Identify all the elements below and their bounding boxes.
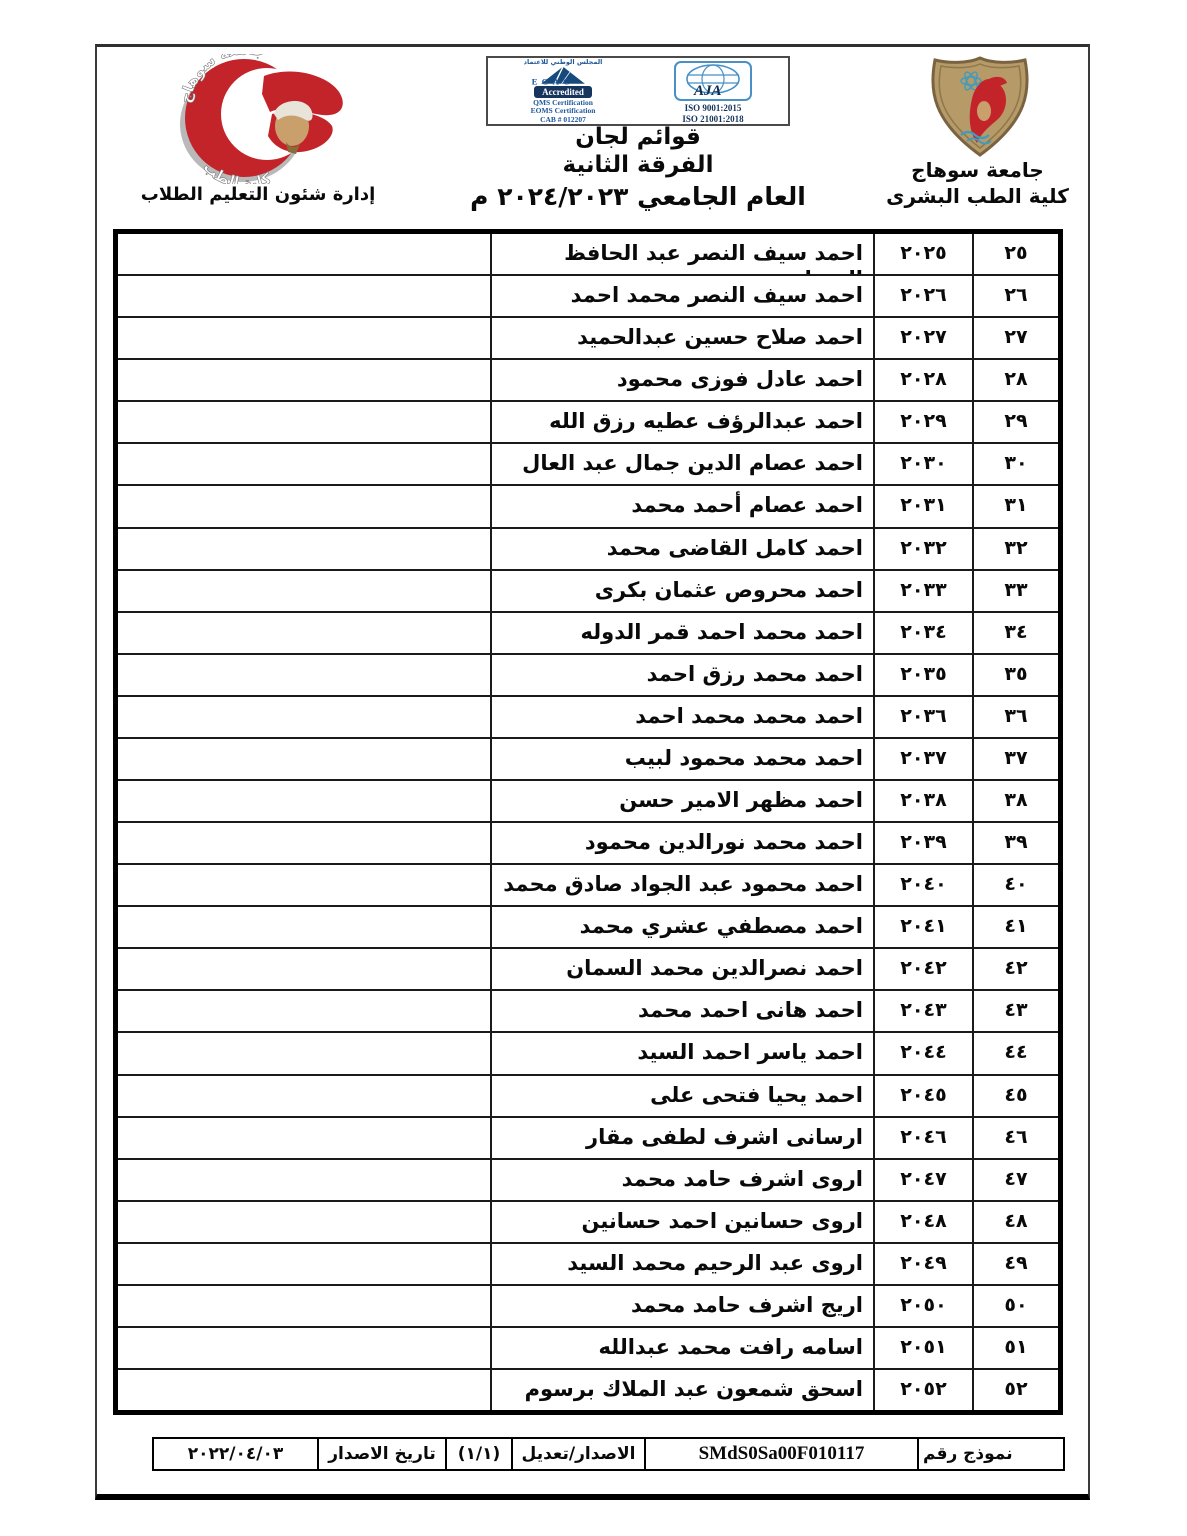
student-name-cell: اسحق شمعون عبد الملاك برسوم xyxy=(490,1370,873,1410)
serial-cell: ٣٣ xyxy=(972,571,1058,611)
student-id-cell: ٢٠٣٥ xyxy=(873,655,972,695)
student-name-cell: احمد مظهر الامير حسن xyxy=(490,781,873,821)
egac-arabic-label: المجلس الوطني للاعتماد xyxy=(524,59,603,66)
student-name-cell: احمد نصرالدين محمد السمان xyxy=(490,949,873,989)
student-id-cell: ٢٠٢٩ xyxy=(873,402,972,442)
student-name-cell: احمد مصطفي عشري محمد xyxy=(490,907,873,947)
university-name-label: جامعة سوهاج xyxy=(875,158,1080,182)
table-row: ٥١ ٢٠٥١ اسامه رافت محمد عبدالله xyxy=(118,1328,1058,1370)
serial-cell: ٤٢ xyxy=(972,949,1058,989)
student-id-cell: ٢٠٥٠ xyxy=(873,1286,972,1326)
student-name-cell: اروى اشرف حامد محمد xyxy=(490,1160,873,1200)
serial-cell: ٣٠ xyxy=(972,444,1058,484)
table-row: ٥٢ ٢٠٥٢ اسحق شمعون عبد الملاك برسوم xyxy=(118,1370,1058,1410)
notes-cell xyxy=(118,739,490,779)
student-id-cell: ٢٠٣٣ xyxy=(873,571,972,611)
notes-cell xyxy=(118,865,490,905)
issue-value: (١/١) xyxy=(445,1439,511,1469)
student-name-cell: احمد سيف النصر عبد الحافظ السمان xyxy=(490,234,873,274)
table-row: ٢٧ ٢٠٢٧ احمد صلاح حسين عبدالحميد xyxy=(118,318,1058,360)
table-row: ٤٤ ٢٠٤٤ احمد ياسر احمد السيد xyxy=(118,1033,1058,1075)
aja-name-label: AJA xyxy=(693,83,722,99)
table-row: ٣٩ ٢٠٣٩ احمد محمد نورالدين محمود xyxy=(118,823,1058,865)
serial-cell: ٤٦ xyxy=(972,1118,1058,1158)
notes-cell xyxy=(118,1370,490,1410)
student-name-cell: احمد عبدالرؤف عطيه رزق الله xyxy=(490,402,873,442)
table-row: ٤٢ ٢٠٤٢ احمد نصرالدين محمد السمان xyxy=(118,949,1058,991)
notes-cell xyxy=(118,486,490,526)
egac-accredited-badge: Accredited xyxy=(534,86,592,98)
table-row: ٤٨ ٢٠٤٨ اروى حسانين احمد حسانين xyxy=(118,1202,1058,1244)
serial-cell: ٢٩ xyxy=(972,402,1058,442)
serial-cell: ٣٦ xyxy=(972,697,1058,737)
face-icon xyxy=(977,101,991,121)
notes-cell xyxy=(118,571,490,611)
crescent-icon: جامعة سوهاج كلية الطب xyxy=(146,54,370,184)
student-table: ٢٥ ٢٠٢٥ احمد سيف النصر عبد الحافظ السمان… xyxy=(113,229,1063,1415)
student-name-cell: احمد محروص عثمان بكرى xyxy=(490,571,873,611)
table-row: ٣٣ ٢٠٣٣ احمد محروص عثمان بكرى xyxy=(118,571,1058,613)
notes-cell xyxy=(118,1033,490,1073)
faculty-shield-logo xyxy=(905,55,1055,158)
egac-logo: المجلس الوطني للاعتماد EGAC Accredited Q… xyxy=(488,58,638,124)
table-row: ٥٠ ٢٠٥٠ اريج اشرف حامد محمد xyxy=(118,1286,1058,1328)
serial-cell: ٤٧ xyxy=(972,1160,1058,1200)
table-row: ٢٩ ٢٠٢٩ احمد عبدالرؤف عطيه رزق الله xyxy=(118,402,1058,444)
dept-label: إدارة شئون التعليم الطلاب xyxy=(120,184,396,205)
notes-cell xyxy=(118,1160,490,1200)
student-name-cell: اريج اشرف حامد محمد xyxy=(490,1286,873,1326)
table-row: ٢٦ ٢٠٢٦ احمد سيف النصر محمد احمد xyxy=(118,276,1058,318)
student-name-cell: احمد محمد رزق احمد xyxy=(490,655,873,695)
serial-cell: ٤٥ xyxy=(972,1076,1058,1116)
form-number-label: نموذج رقم xyxy=(917,1439,1063,1469)
accreditation-box: المجلس الوطني للاعتماد EGAC Accredited Q… xyxy=(486,56,790,126)
table-row: ٣٦ ٢٠٣٦ احمد محمد محمد احمد xyxy=(118,697,1058,739)
issue-date-value: ٢٠٢٢/٠٤/٠٣ xyxy=(154,1439,317,1469)
notes-cell xyxy=(118,1118,490,1158)
notes-cell xyxy=(118,781,490,821)
serial-cell: ٤٣ xyxy=(972,991,1058,1031)
page-title-block: قوائم لجان الفرقة الثانية العام الجامعي … xyxy=(440,124,836,212)
student-name-cell: احمد محمد محمود لبيب xyxy=(490,739,873,779)
notes-cell xyxy=(118,613,490,653)
table-row: ٣٥ ٢٠٣٥ احمد محمد رزق احمد xyxy=(118,655,1058,697)
student-id-cell: ٢٠٥٢ xyxy=(873,1370,972,1410)
table-row: ٣٨ ٢٠٣٨ احمد مظهر الامير حسن xyxy=(118,781,1058,823)
table-row: ٣٤ ٢٠٣٤ احمد محمد احمد قمر الدوله xyxy=(118,613,1058,655)
table-row: ٤٣ ٢٠٤٣ احمد هانى احمد محمد xyxy=(118,991,1058,1033)
notes-cell xyxy=(118,697,490,737)
egac-pyramid-icon: EGAC xyxy=(503,66,623,87)
serial-cell: ٤٨ xyxy=(972,1202,1058,1242)
university-crescent-logo: جامعة سوهاج كلية الطب xyxy=(146,54,370,184)
student-name-cell: احمد محمود عبد الجواد صادق محمد xyxy=(490,865,873,905)
notes-cell xyxy=(118,991,490,1031)
student-name-cell: احمد كامل القاضى محمد xyxy=(490,529,873,569)
notes-cell xyxy=(118,1244,490,1284)
table-row: ٤٠ ٢٠٤٠ احمد محمود عبد الجواد صادق محمد xyxy=(118,865,1058,907)
student-id-cell: ٢٠٢٥ xyxy=(873,234,972,274)
student-id-cell: ٢٠٤٤ xyxy=(873,1033,972,1073)
student-name-cell: احمد صلاح حسين عبدالحميد xyxy=(490,318,873,358)
serial-cell: ٥٠ xyxy=(972,1286,1058,1326)
notes-cell xyxy=(118,1286,490,1326)
student-name-cell: احمد سيف النصر محمد احمد xyxy=(490,276,873,316)
serial-cell: ٤٩ xyxy=(972,1244,1058,1284)
serial-cell: ٣٤ xyxy=(972,613,1058,653)
egac-cab-line: CAB # 012207 xyxy=(531,116,596,125)
student-name-cell: اروى عبد الرحيم محمد السيد xyxy=(490,1244,873,1284)
notes-cell xyxy=(118,402,490,442)
table-row: ٤٥ ٢٠٤٥ احمد يحيا فتحى على xyxy=(118,1076,1058,1118)
issue-date-label: تاريخ الاصدار xyxy=(317,1439,445,1469)
student-id-cell: ٢٠٣٤ xyxy=(873,613,972,653)
notes-cell xyxy=(118,1328,490,1368)
serial-cell: ٤٤ xyxy=(972,1033,1058,1073)
serial-cell: ٢٨ xyxy=(972,360,1058,400)
academic-year-title: العام الجامعي ٢٠٢٤/٢٠٢٣ م xyxy=(440,182,836,212)
student-id-cell: ٢٠٣٨ xyxy=(873,781,972,821)
student-id-cell: ٢٠٥١ xyxy=(873,1328,972,1368)
notes-cell xyxy=(118,907,490,947)
aja-globe-icon: AJA xyxy=(680,63,746,99)
table-row: ٢٥ ٢٠٢٥ احمد سيف النصر عبد الحافظ السمان xyxy=(118,234,1058,276)
student-id-cell: ٢٠٣٦ xyxy=(873,697,972,737)
serial-cell: ٣٢ xyxy=(972,529,1058,569)
notes-cell xyxy=(118,1076,490,1116)
footer-table: نموذج رقم SMdS0Sa00F010117 الاصدار/تعديل… xyxy=(152,1437,1065,1471)
student-id-cell: ٢٠٤٠ xyxy=(873,865,972,905)
table-row: ٣٠ ٢٠٣٠ احمد عصام الدين جمال عبد العال xyxy=(118,444,1058,486)
student-id-cell: ٢٠٢٦ xyxy=(873,276,972,316)
student-name-cell: احمد ياسر احمد السيد xyxy=(490,1033,873,1073)
notes-cell xyxy=(118,823,490,863)
serial-cell: ٥١ xyxy=(972,1328,1058,1368)
serial-cell: ٣٥ xyxy=(972,655,1058,695)
table-row: ٤٦ ٢٠٤٦ ارسانى اشرف لطفى مقار xyxy=(118,1118,1058,1160)
serial-cell: ٣٨ xyxy=(972,781,1058,821)
notes-cell xyxy=(118,949,490,989)
serial-cell: ٤٠ xyxy=(972,865,1058,905)
table-row: ٢٨ ٢٠٢٨ احمد عادل فوزى محمود xyxy=(118,360,1058,402)
student-name-cell: احمد محمد نورالدين محمود xyxy=(490,823,873,863)
student-id-cell: ٢٠٤٥ xyxy=(873,1076,972,1116)
notes-cell xyxy=(118,234,490,274)
serial-cell: ٢٥ xyxy=(972,234,1058,274)
page-title: قوائم لجان xyxy=(440,124,836,150)
faculty-name-label: كلية الطب البشرى xyxy=(875,184,1080,208)
student-name-cell: ارسانى اشرف لطفى مقار xyxy=(490,1118,873,1158)
student-name-cell: احمد يحيا فتحى على xyxy=(490,1076,873,1116)
issue-label: الاصدار/تعديل xyxy=(511,1439,644,1469)
serial-cell: ٣١ xyxy=(972,486,1058,526)
table-row: ٤٧ ٢٠٤٧ اروى اشرف حامد محمد xyxy=(118,1160,1058,1202)
student-id-cell: ٢٠٤٧ xyxy=(873,1160,972,1200)
student-name-cell: اسامه رافت محمد عبدالله xyxy=(490,1328,873,1368)
table-row: ٣٢ ٢٠٣٢ احمد كامل القاضى محمد xyxy=(118,529,1058,571)
student-name-cell: احمد عصام الدين جمال عبد العال xyxy=(490,444,873,484)
student-id-cell: ٢٠٤٣ xyxy=(873,991,972,1031)
table-row: ٣٧ ٢٠٣٧ احمد محمد محمود لبيب xyxy=(118,739,1058,781)
student-table-body: ٢٥ ٢٠٢٥ احمد سيف النصر عبد الحافظ السمان… xyxy=(118,234,1058,1410)
shield-icon xyxy=(905,55,1055,158)
student-id-cell: ٢٠٣١ xyxy=(873,486,972,526)
document-page: { "header": { "dept_label": "إدارة شئون … xyxy=(0,0,1187,1536)
table-row: ٤١ ٢٠٤١ احمد مصطفي عشري محمد xyxy=(118,907,1058,949)
serial-cell: ٣٩ xyxy=(972,823,1058,863)
student-name-cell: احمد محمد محمد احمد xyxy=(490,697,873,737)
student-id-cell: ٢٠٢٨ xyxy=(873,360,972,400)
student-name-cell: احمد هانى احمد محمد xyxy=(490,991,873,1031)
table-row: ٣١ ٢٠٣١ احمد عصام أحمد محمد xyxy=(118,486,1058,528)
student-name-cell: اروى حسانين احمد حسانين xyxy=(490,1202,873,1242)
notes-cell xyxy=(118,276,490,316)
student-name-cell: احمد عادل فوزى محمود xyxy=(490,360,873,400)
serial-cell: ٢٧ xyxy=(972,318,1058,358)
student-id-cell: ٢٠٣٧ xyxy=(873,739,972,779)
svg-text:EGAC: EGAC xyxy=(532,76,574,86)
aja-iso9001-line: ISO 9001:2015 xyxy=(682,103,743,114)
grade-title: الفرقة الثانية xyxy=(440,152,836,178)
student-name-cell: احمد عصام أحمد محمد xyxy=(490,486,873,526)
student-id-cell: ٢٠٣٠ xyxy=(873,444,972,484)
student-name-cell: احمد محمد احمد قمر الدوله xyxy=(490,613,873,653)
notes-cell xyxy=(118,318,490,358)
notes-cell xyxy=(118,360,490,400)
notes-cell xyxy=(118,655,490,695)
serial-cell: ٤١ xyxy=(972,907,1058,947)
serial-cell: ٢٦ xyxy=(972,276,1058,316)
student-id-cell: ٢٠٤٩ xyxy=(873,1244,972,1284)
table-row: ٤٩ ٢٠٤٩ اروى عبد الرحيم محمد السيد xyxy=(118,1244,1058,1286)
student-id-cell: ٢٠٤٦ xyxy=(873,1118,972,1158)
student-id-cell: ٢٠٣٩ xyxy=(873,823,972,863)
aja-logo: AJA ISO 9001:2015 ISO 21001:2018 xyxy=(638,58,788,124)
notes-cell xyxy=(118,529,490,569)
student-id-cell: ٢٠٤١ xyxy=(873,907,972,947)
student-id-cell: ٢٠٣٢ xyxy=(873,529,972,569)
student-id-cell: ٢٠٤٨ xyxy=(873,1202,972,1242)
serial-cell: ٣٧ xyxy=(972,739,1058,779)
form-code: SMdS0Sa00F010117 xyxy=(644,1439,917,1469)
notes-cell xyxy=(118,444,490,484)
student-id-cell: ٢٠٢٧ xyxy=(873,318,972,358)
student-id-cell: ٢٠٤٢ xyxy=(873,949,972,989)
notes-cell xyxy=(118,1202,490,1242)
serial-cell: ٥٢ xyxy=(972,1370,1058,1410)
